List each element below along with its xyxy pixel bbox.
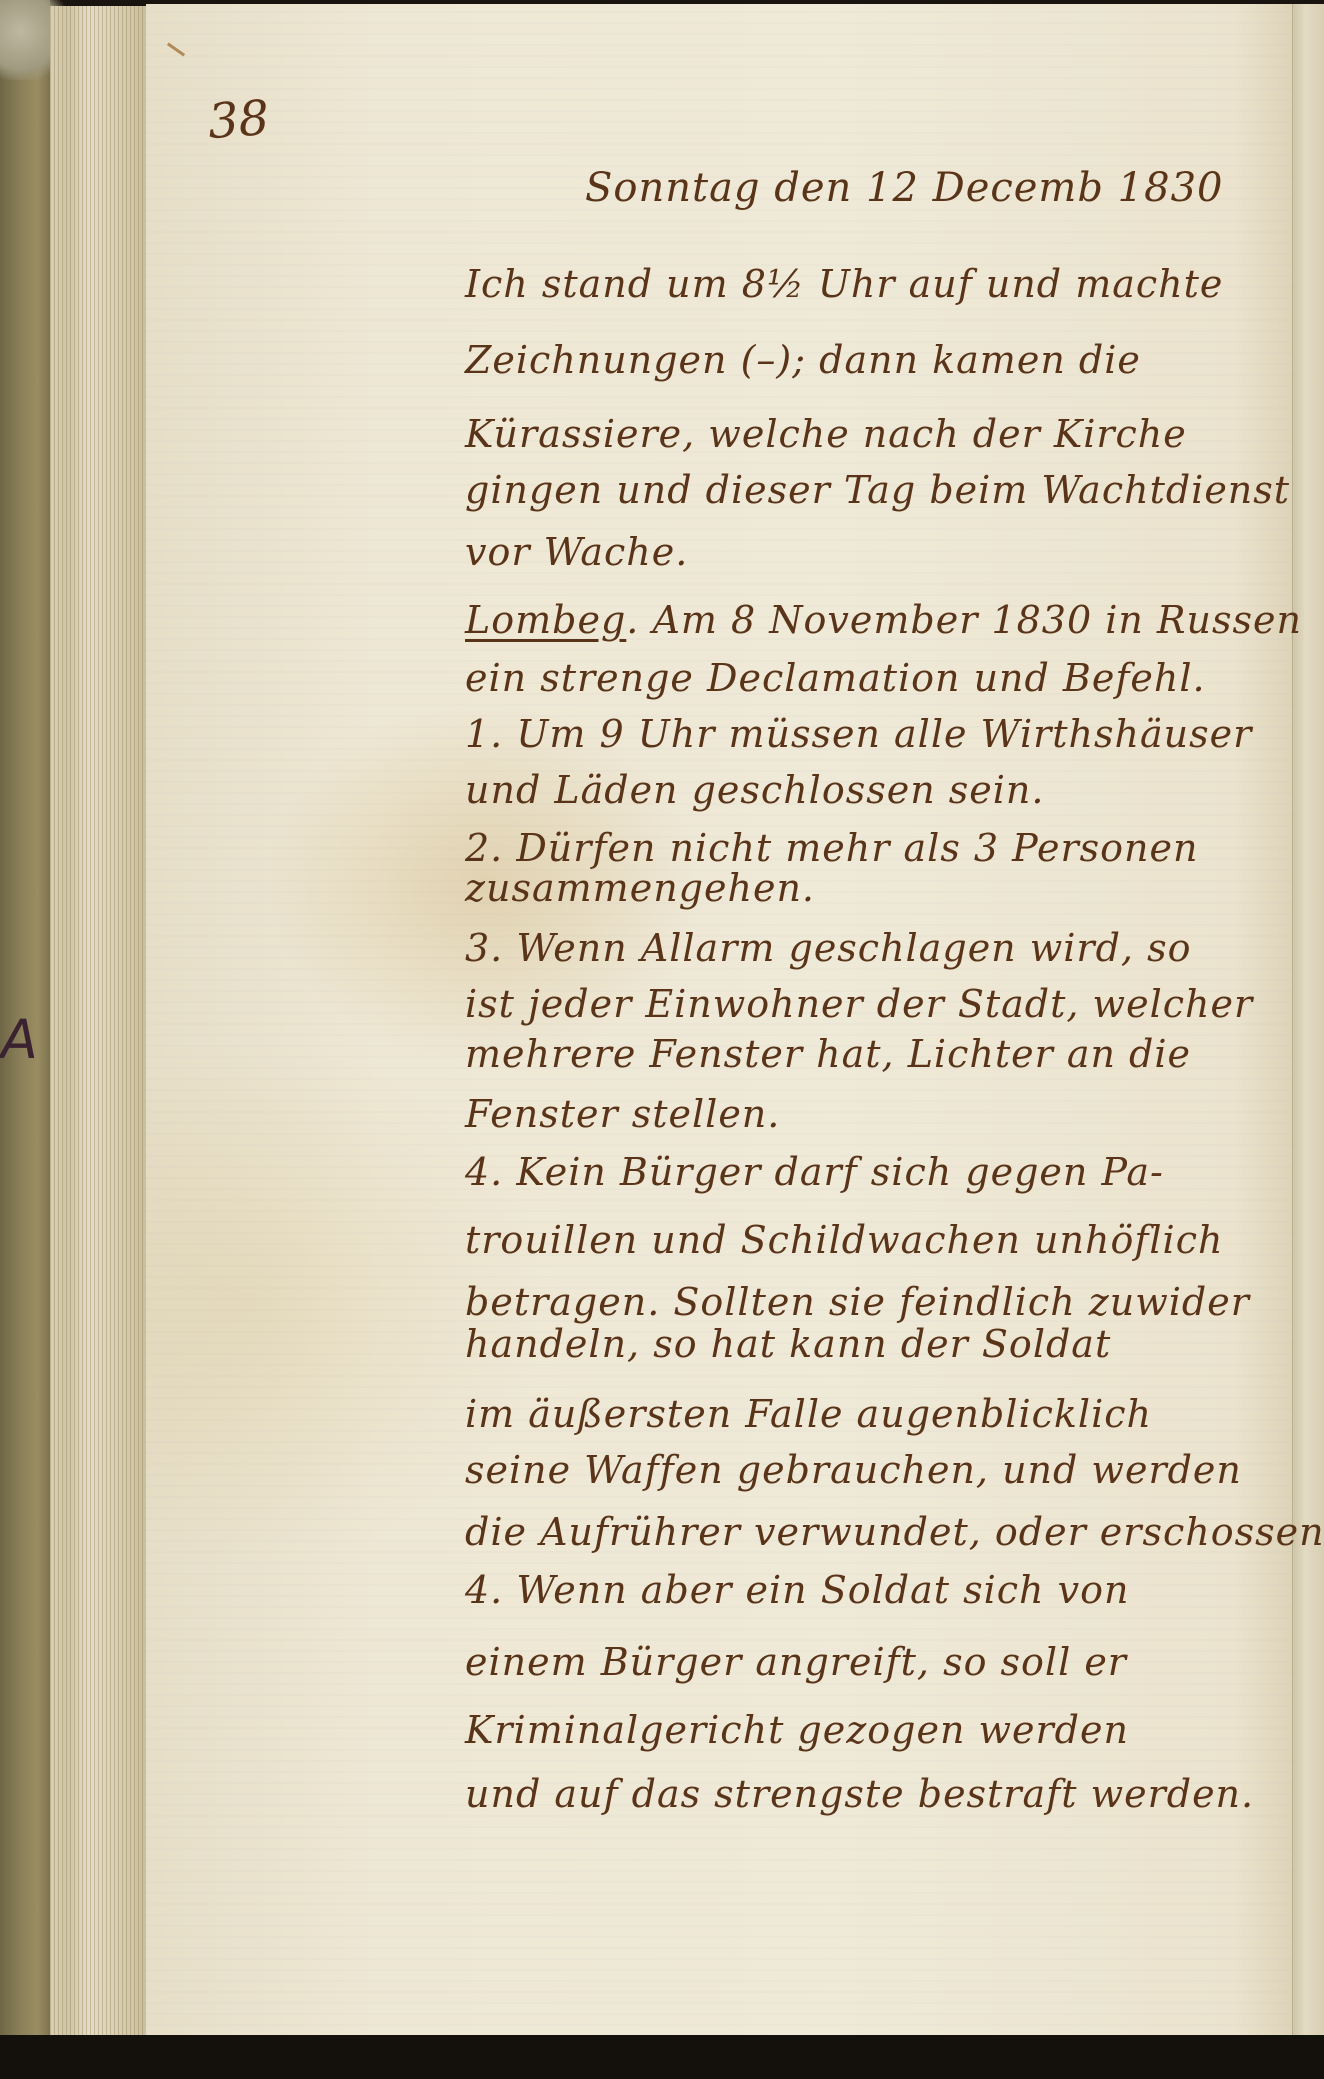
- manuscript-line: 4. Kein Bürger darf sich gegen Pa-: [465, 1150, 1164, 1194]
- manuscript-line: Zeichnungen (–); dann kamen die: [465, 338, 1141, 382]
- manuscript-line: die Aufrührer verwundet, oder erschossen…: [465, 1510, 1324, 1554]
- manuscript-line: Ich stand um 8½ Uhr auf und machte: [465, 262, 1223, 306]
- manuscript-line: ist jeder Einwohner der Stadt, welcher: [465, 982, 1253, 1026]
- manuscript-line: Kürassiere, welche nach der Kirche: [465, 412, 1187, 456]
- manuscript-line: 3. Wenn Allarm geschlagen wird, so: [465, 926, 1191, 970]
- scan-background: [0, 2035, 1324, 2079]
- manuscript-line: einem Bürger angreift, so soll er: [465, 1640, 1127, 1684]
- manuscript-line: 4. Wenn aber ein Soldat sich von: [465, 1568, 1129, 1612]
- manuscript-line: und Läden geschlossen sein.: [465, 768, 1044, 812]
- manuscript-line: ein strenge Declamation und Befehl.: [465, 656, 1206, 700]
- manuscript-line: vor Wache.: [465, 530, 688, 574]
- manuscript-line: seine Waffen gebrauchen, und werden: [465, 1448, 1242, 1492]
- manuscript-line: und auf das strengste bestraft werden.: [465, 1772, 1254, 1816]
- manuscript-line: zusammengehen.: [465, 866, 815, 910]
- manuscript-line: Kriminalgericht gezogen werden: [465, 1708, 1129, 1752]
- manuscript-line: mehrere Fenster hat, Lichter an die: [465, 1032, 1191, 1076]
- manuscript-line: trouillen und Schildwachen unhöflich: [465, 1218, 1223, 1262]
- page-number: 38: [206, 90, 271, 150]
- page-right-edge: [1292, 4, 1324, 2035]
- manuscript-line: handeln, so hat kann der Soldat: [465, 1322, 1111, 1366]
- manuscript-line: gingen und dieser Tag beim Wachtdienst: [465, 468, 1290, 512]
- stacked-page-edges: [50, 6, 146, 2035]
- manuscript-line: betragen. Sollten sie feindlich zuwider: [465, 1280, 1250, 1324]
- manuscript-line: Fenster stellen.: [465, 1092, 780, 1136]
- manuscript-line: 1. Um 9 Uhr müssen alle Wirthshäuser: [465, 712, 1252, 756]
- underlined-word: Lombeg: [465, 598, 626, 642]
- date-heading: Sonntag den 12 Decemb 1830: [585, 165, 1223, 211]
- manuscript-line: 2. Dürfen nicht mehr als 3 Personen: [465, 826, 1199, 870]
- manuscript-line-section-heading: Lombeg. Am 8 November 1830 in Russen: [465, 598, 1302, 642]
- manuscript-line: im äußersten Falle augenblicklich: [465, 1392, 1152, 1436]
